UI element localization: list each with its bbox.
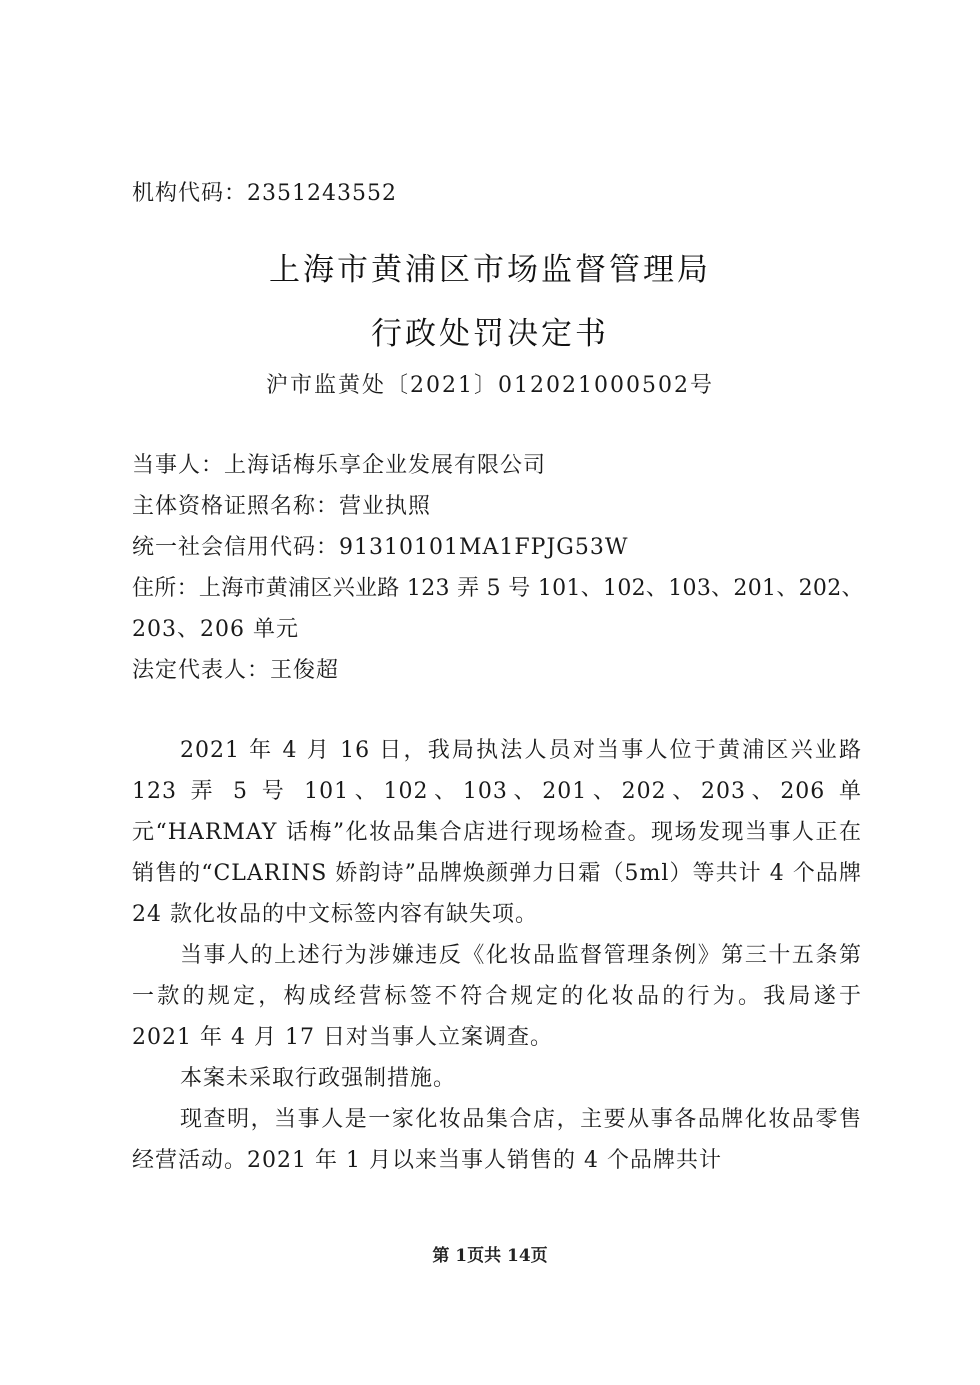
- address-line-1: 住所：上海市黄浦区兴业路 123 弄 5 号 101、102、103、201、2…: [132, 571, 864, 602]
- credit-code: 统一社会信用代码：91310101MA1FPJG53W: [132, 530, 628, 561]
- document-number: 沪市监黄处〔2021〕012021000502号: [0, 368, 980, 399]
- license-type: 主体资格证照名称：营业执照: [132, 489, 431, 520]
- address-line-2: 203、206 单元: [132, 612, 299, 643]
- agency-title: 上海市黄浦区市场监督管理局: [0, 244, 980, 289]
- party-name: 当事人：上海话梅乐享企业发展有限公司: [132, 448, 546, 479]
- org-code: 机构代码：2351243552: [132, 176, 397, 207]
- paragraph-no-coercive-measures: 本案未采取行政强制措施。: [132, 1058, 862, 1099]
- paragraph-findings: 现查明，当事人是一家化妆品集合店，主要从事各品牌化妆品零售经营活动。2021 年…: [132, 1099, 862, 1181]
- paragraph-inspection: 2021 年 4 月 16 日，我局执法人员对当事人位于黄浦区兴业路 123 弄…: [132, 730, 862, 935]
- page-indicator: 第 1页共 14页: [0, 1241, 980, 1266]
- paragraph-violation: 当事人的上述行为涉嫌违反《化妆品监督管理条例》第三十五条第一款的规定，构成经营标…: [132, 935, 862, 1058]
- document-page: 机构代码：2351243552 上海市黄浦区市场监督管理局 行政处罚决定书 沪市…: [0, 0, 980, 1385]
- legal-representative: 法定代表人：王俊超: [132, 653, 339, 684]
- document-title: 行政处罚决定书: [0, 308, 980, 353]
